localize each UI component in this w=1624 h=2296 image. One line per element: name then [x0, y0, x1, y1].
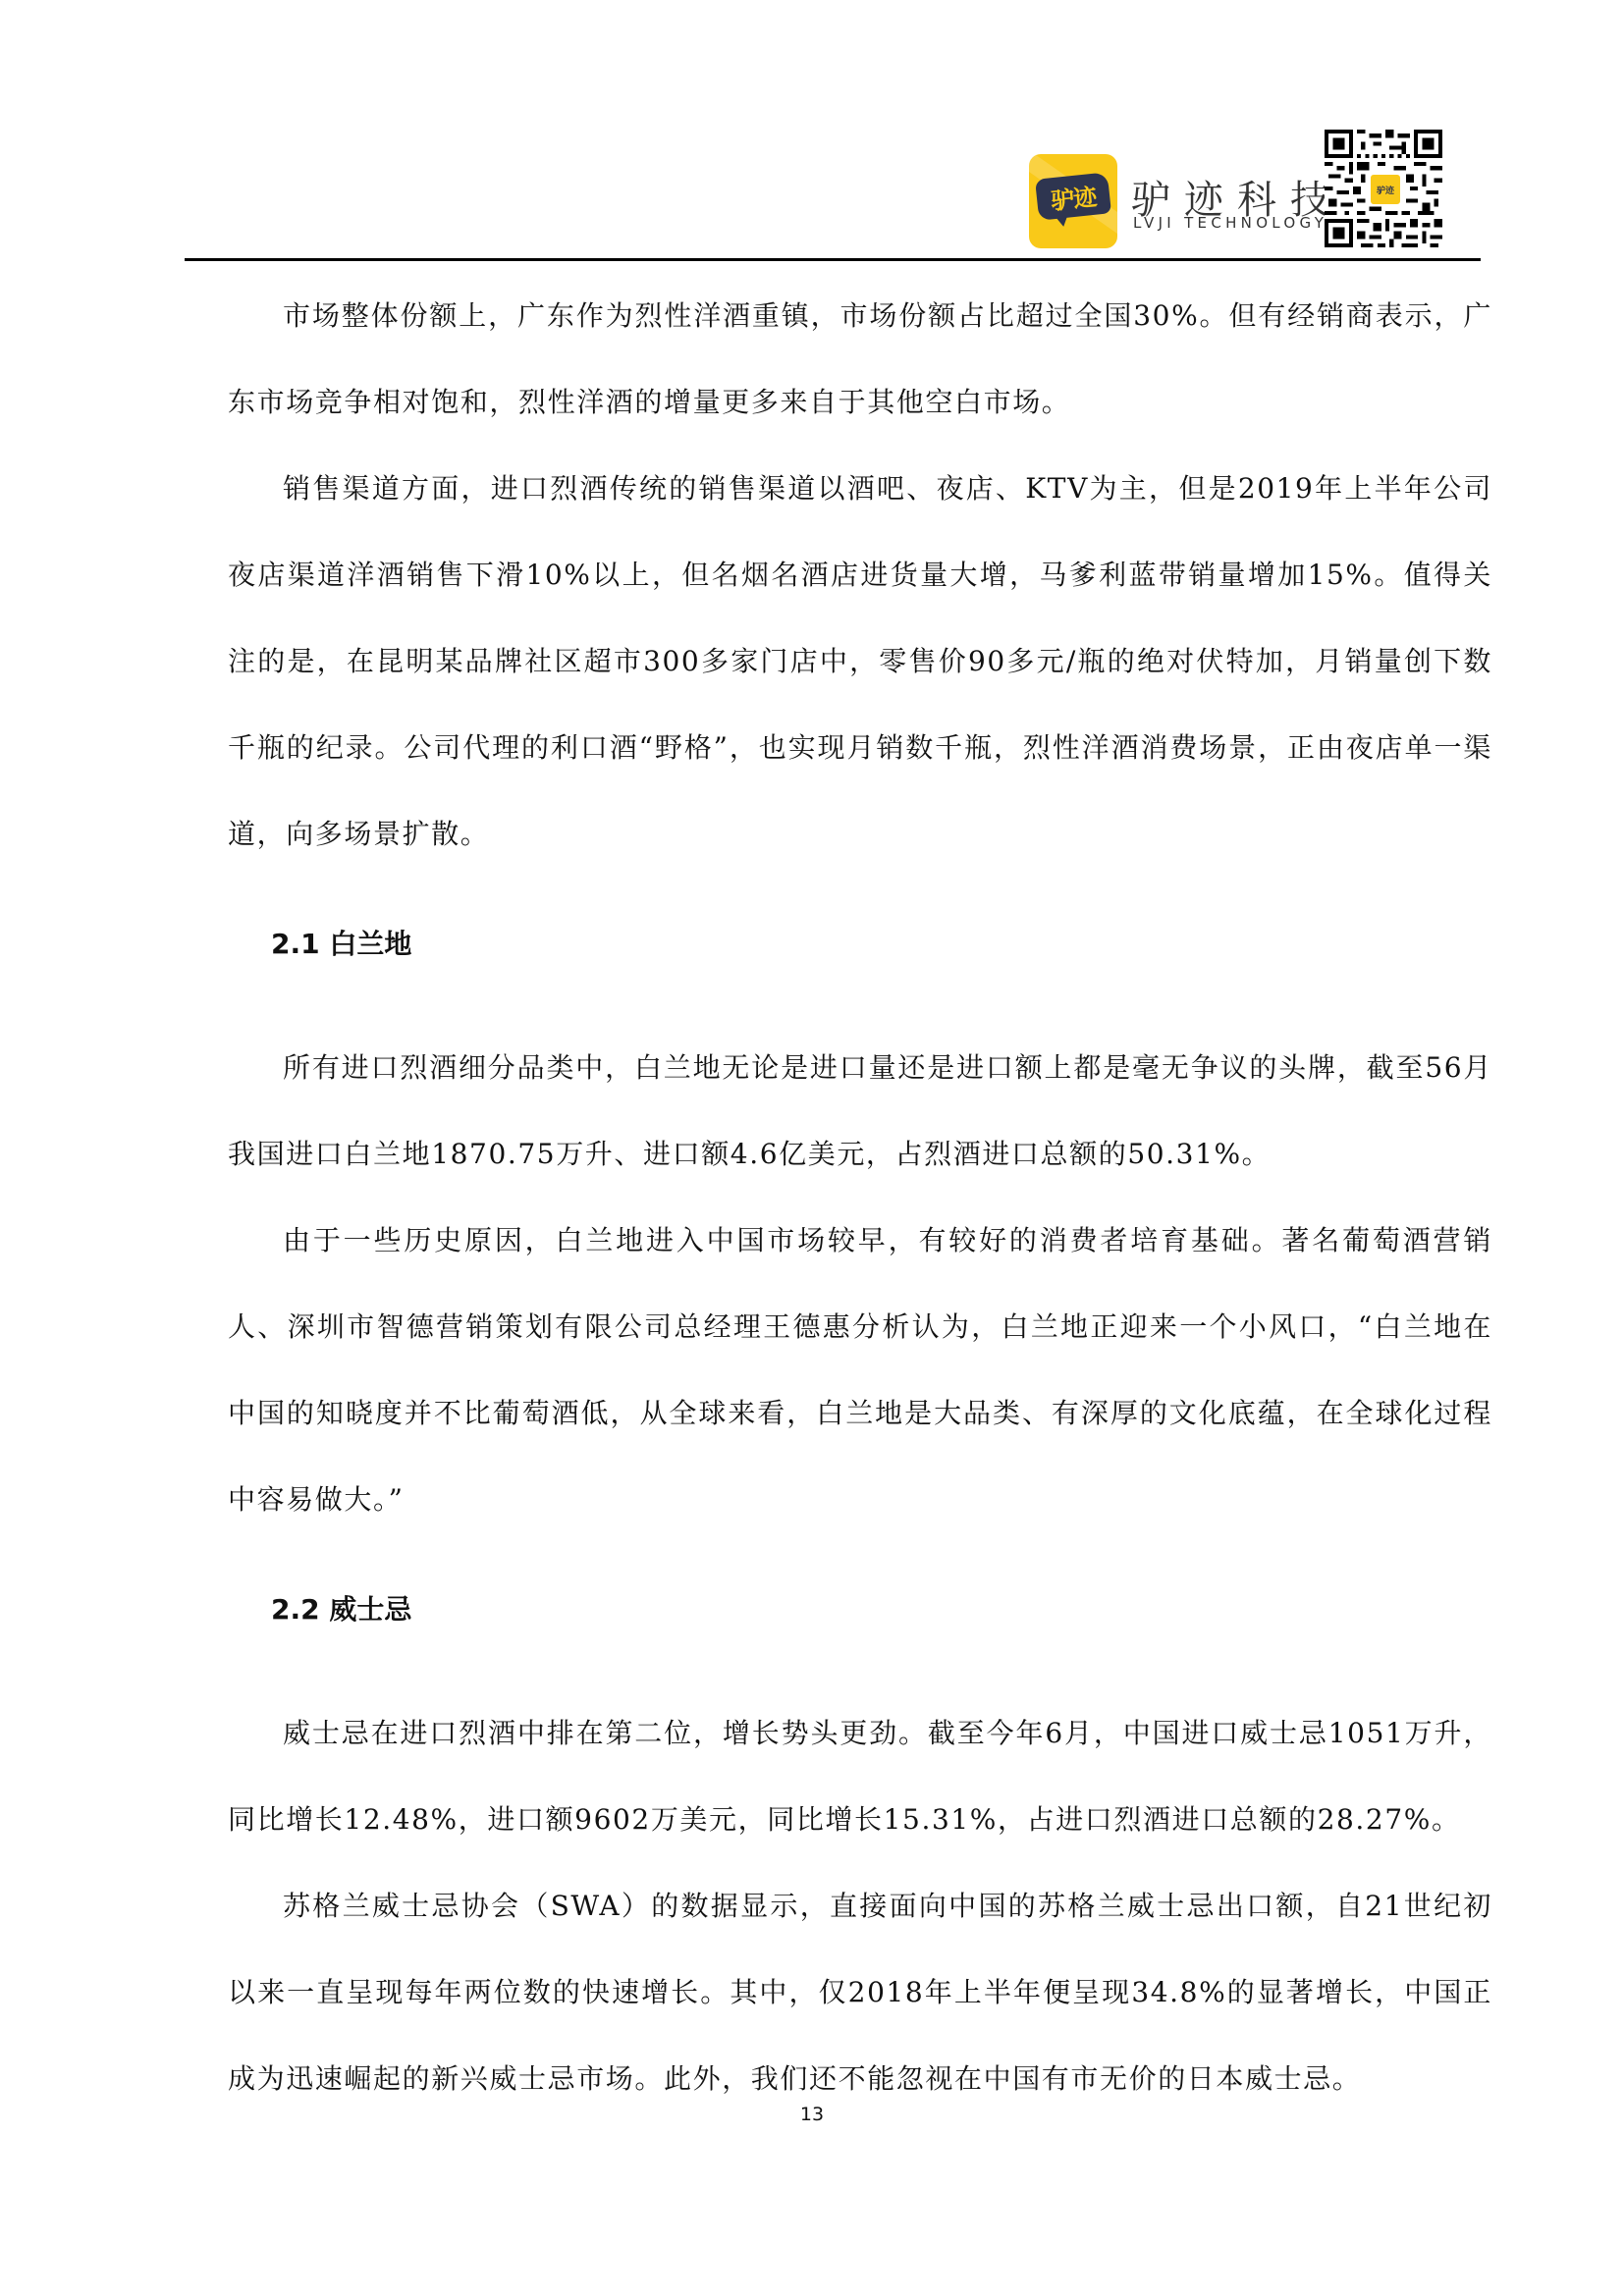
document-body: 市场整体份额上，广东作为烈性洋酒重镇，市场份额占比超过全国30%。但有经销商表示… — [228, 265, 1492, 2122]
header-divider — [185, 258, 1481, 261]
page-header: 驴迹 驴迹科技 LVJI TECHNOLOGY 驴迹 — [0, 0, 1624, 265]
paragraph-whisky-imports: 威士忌在进口烈酒中排在第二位，增长势头更劲。截至今年6月，中国进口威士忌1051… — [228, 1690, 1492, 1863]
paragraph-sales-channels: 销售渠道方面，进口烈酒传统的销售渠道以酒吧、夜店、KTV为主，但是2019年上半… — [228, 446, 1492, 878]
section-heading-whisky: 2.2 威士忌 — [228, 1590, 1492, 1629]
paragraph-market-share: 市场整体份额上，广东作为烈性洋酒重镇，市场份额占比超过全国30%。但有经销商表示… — [228, 273, 1492, 446]
paragraph-whisky-swa: 苏格兰威士忌协会（SWA）的数据显示，直接面向中国的苏格兰威士忌出口额，自21世… — [228, 1863, 1492, 2122]
speech-bubble-icon: 驴迹 — [1035, 172, 1111, 221]
section-heading-brandy: 2.1 白兰地 — [228, 925, 1492, 964]
brand-name-en: LVJI TECHNOLOGY — [1133, 214, 1327, 232]
logo-text: 驴迹 — [1035, 172, 1111, 221]
qr-code-icon: 驴迹 — [1325, 127, 1442, 250]
paragraph-brandy-imports: 所有进口烈酒细分品类中，白兰地无论是进口量还是进口额上都是毫无争议的头牌，截至5… — [228, 1025, 1492, 1198]
page-number: 13 — [0, 2104, 1624, 2125]
qr-center-logo-icon: 驴迹 — [1369, 173, 1402, 206]
lvji-logo-icon: 驴迹 — [1029, 154, 1117, 248]
paragraph-brandy-history: 由于一些历史原因，白兰地进入中国市场较早，有较好的消费者培育基础。著名葡萄酒营销… — [228, 1198, 1492, 1543]
